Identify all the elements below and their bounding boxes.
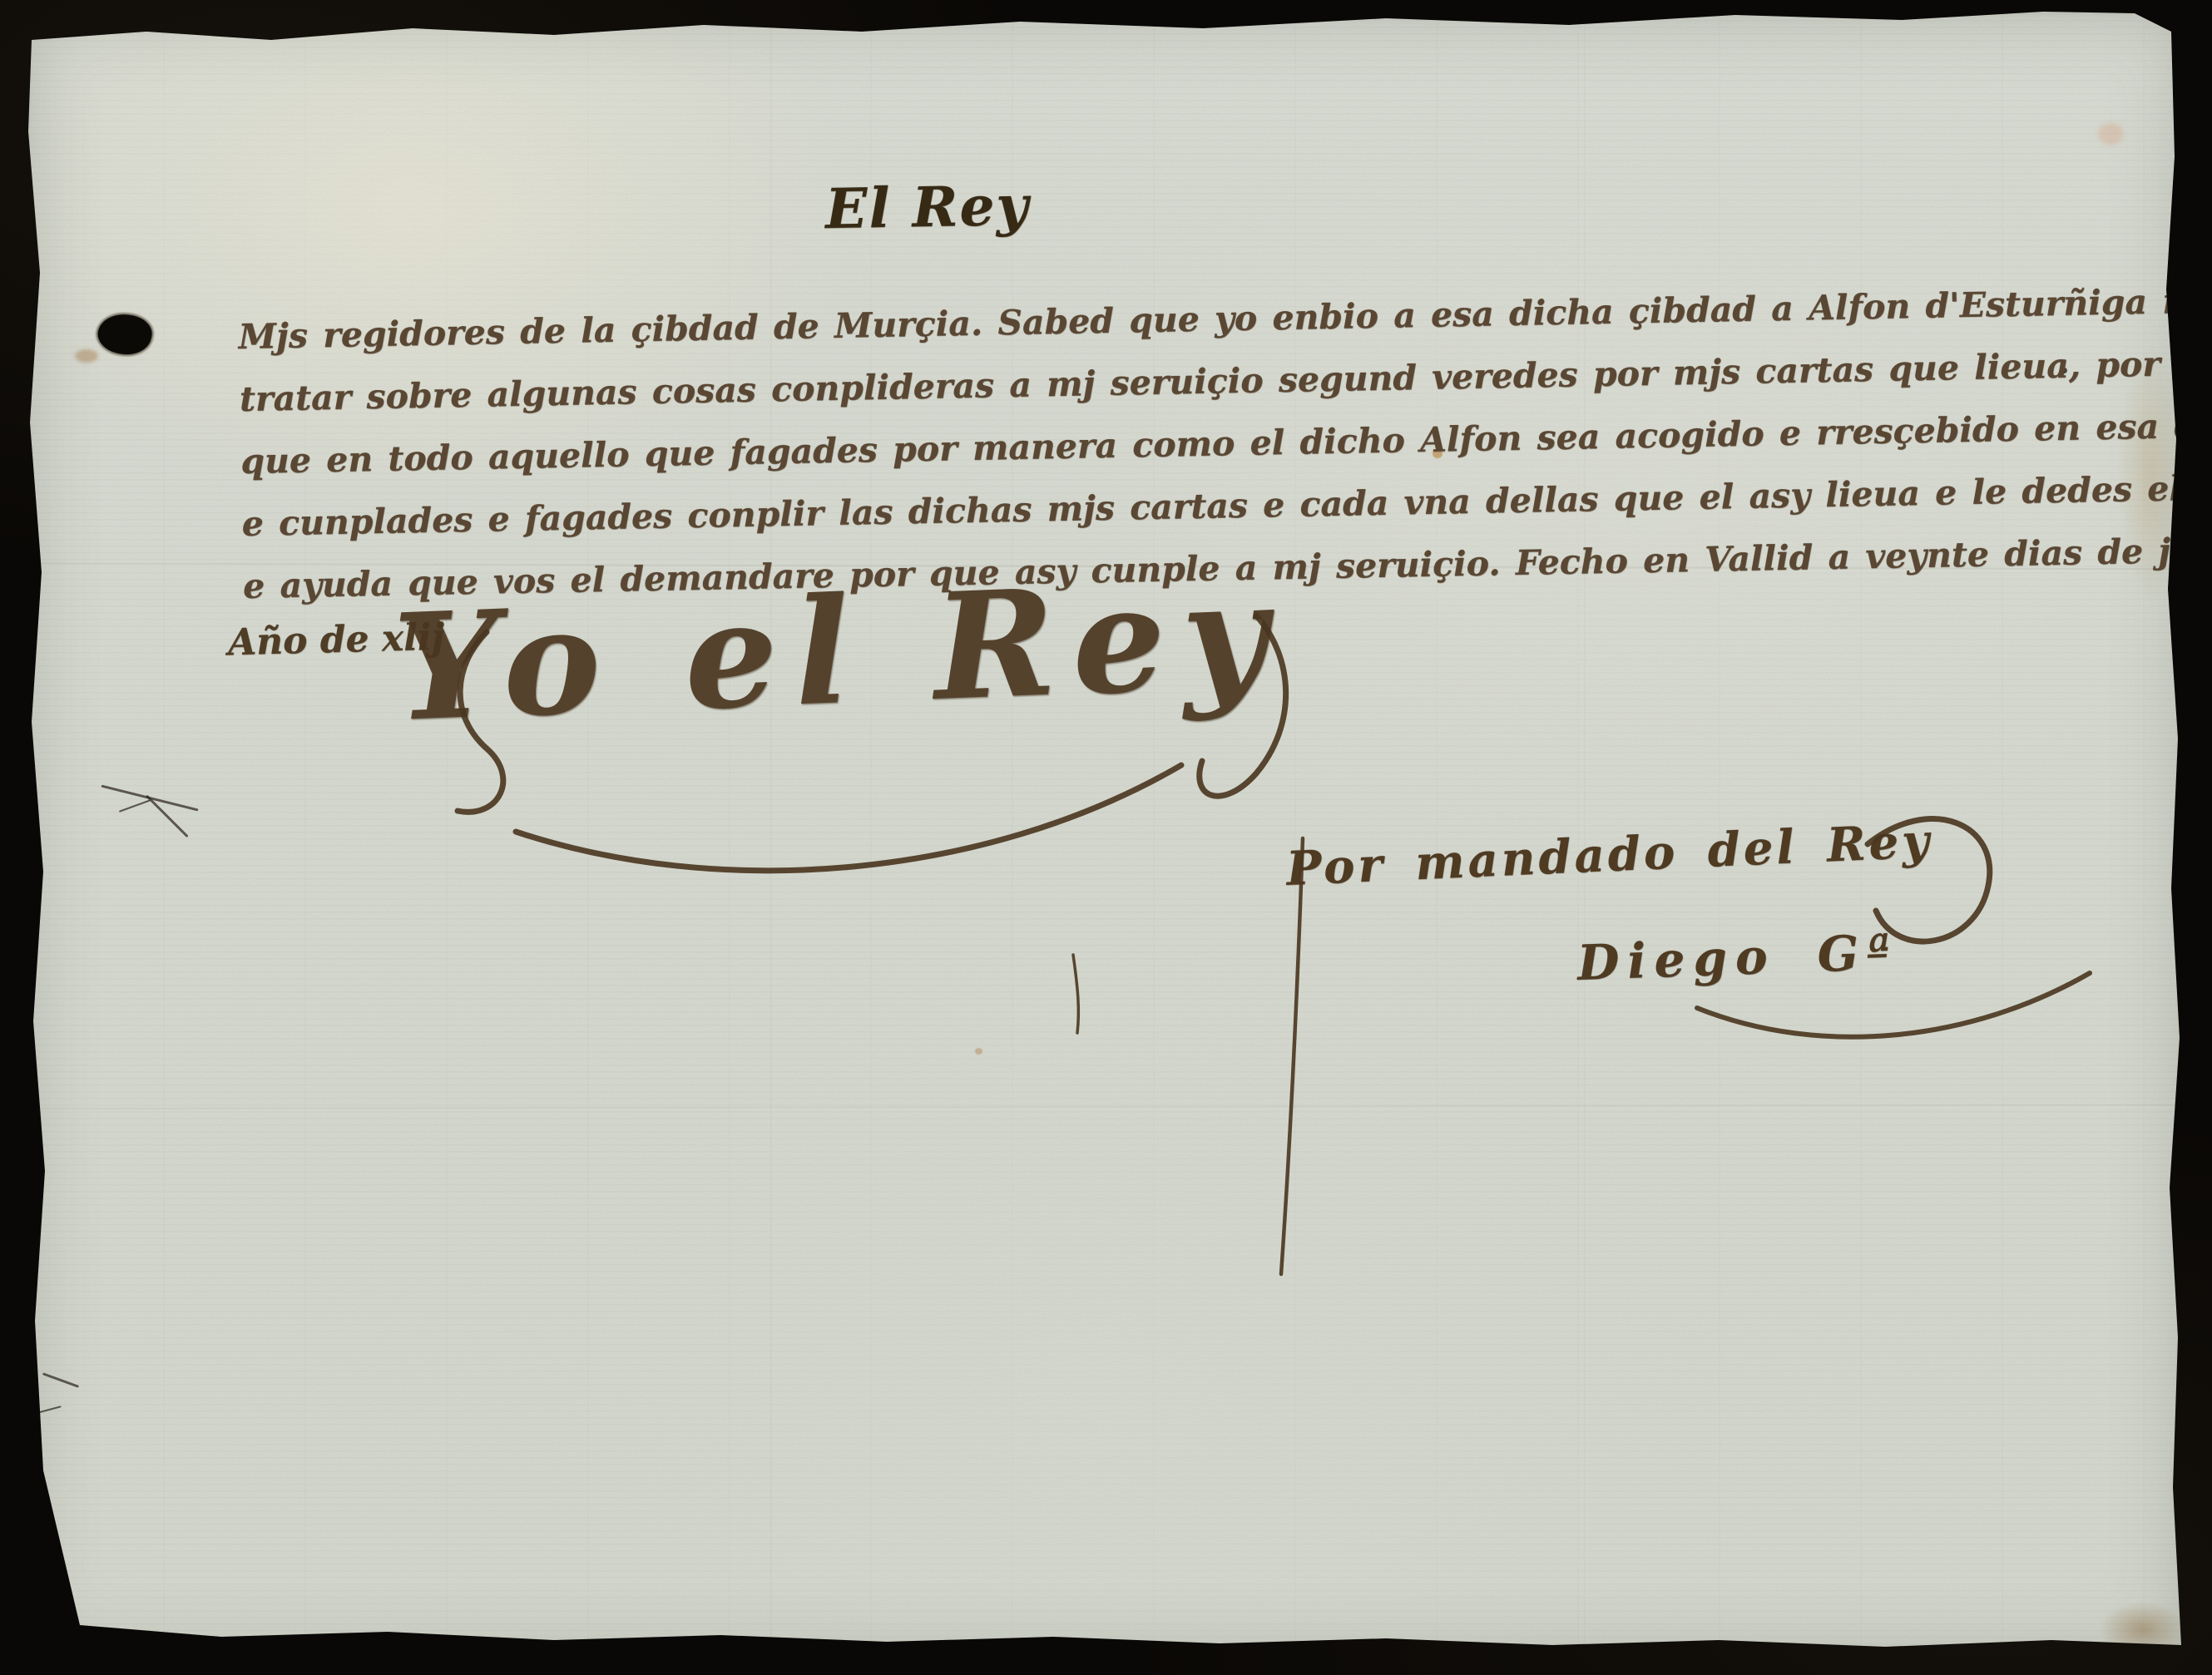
- photo-backdrop: { "photo": { "backdrop_color": "#0a0806"…: [0, 0, 2212, 1675]
- heading-el-rey: El Rey: [798, 172, 1057, 241]
- stain-bottom-right-corner: [2100, 1602, 2186, 1657]
- secretary-name: Diego Gª: [1576, 924, 1900, 991]
- rust-speck-lower: [975, 1048, 982, 1055]
- edge-tear-lower-left-branch: [37, 1406, 61, 1414]
- edge-tear-lower-left: [42, 1372, 79, 1388]
- fold-crease-horizontal-lower: [22, 1104, 2188, 1112]
- fold-crease-vertical-left: [770, 7, 774, 1663]
- worm-hole: [95, 309, 156, 359]
- edge-tear-middle-left-branch2: [119, 799, 151, 813]
- manuscript-page: El Rey Mjs regidores de la çibdad de Mur…: [22, 7, 2188, 1663]
- ink-smudge-near-hole: [75, 349, 98, 363]
- stain-top-right-pink: [2098, 123, 2123, 145]
- royal-signature-text: Yo el Rey: [391, 548, 1287, 754]
- secretary-attestation-line: Por mandado del Rey: [1285, 813, 1933, 897]
